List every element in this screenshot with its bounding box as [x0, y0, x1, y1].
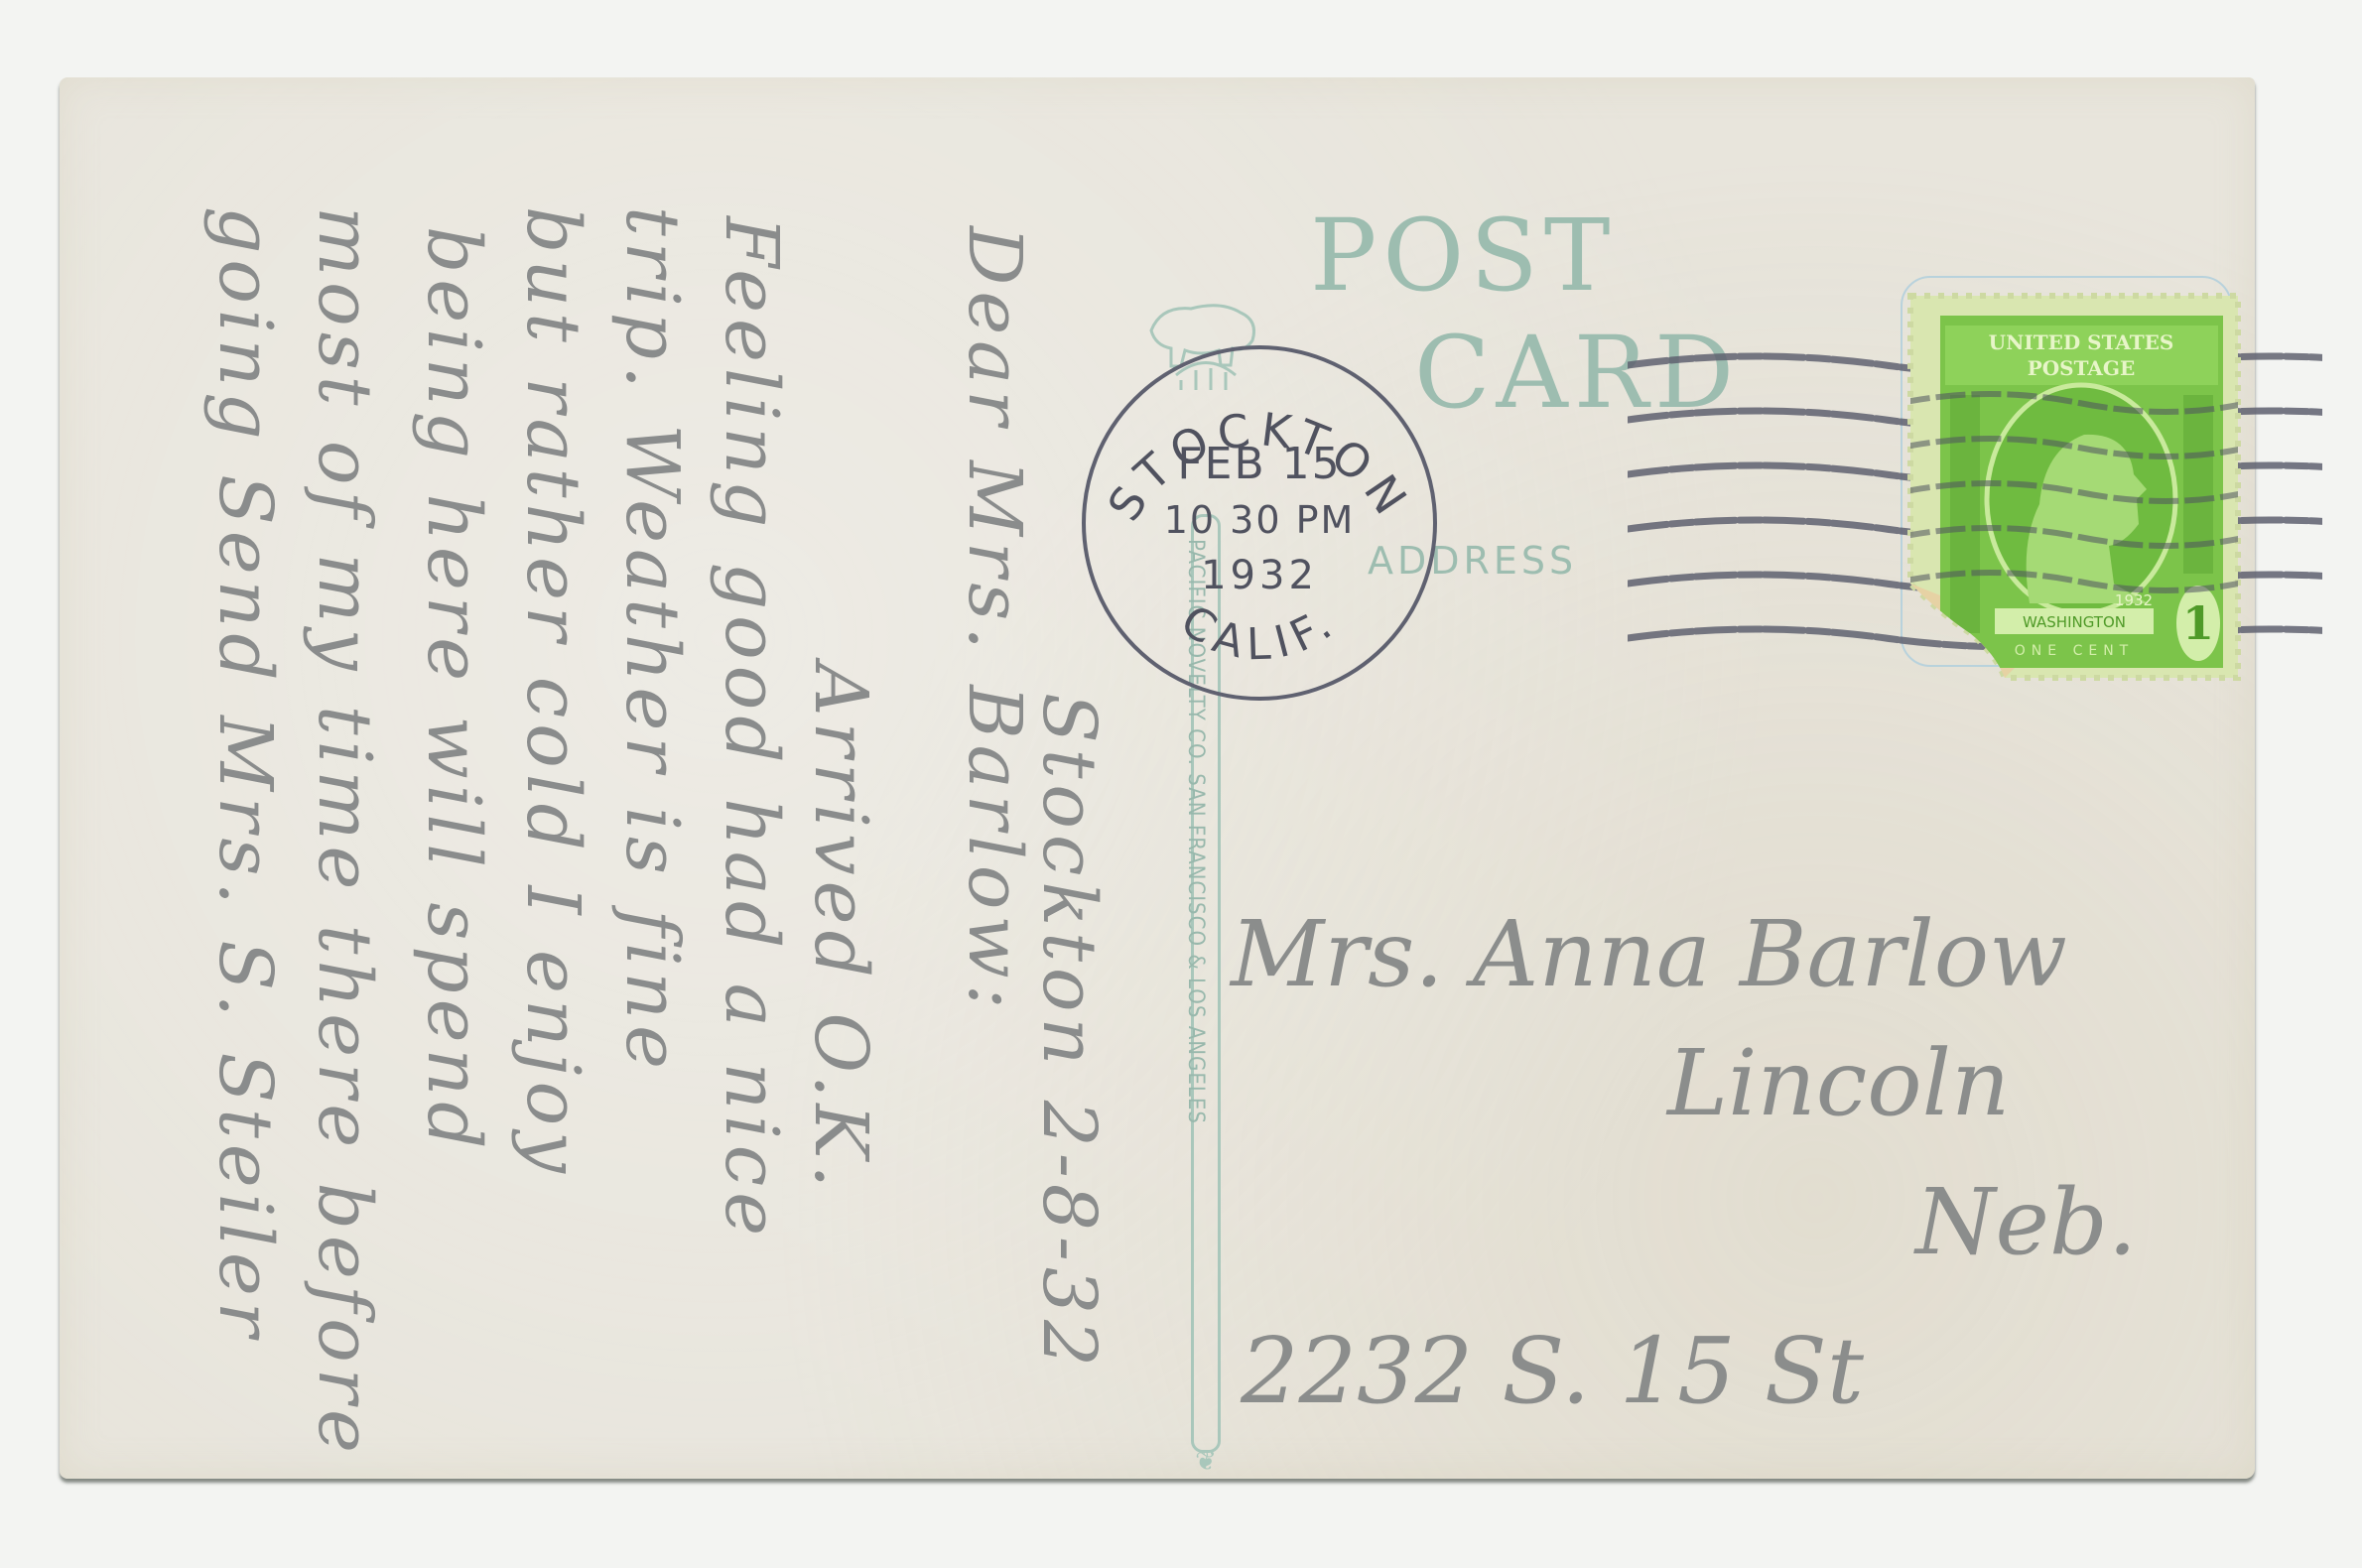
- postage-stamp: UNITED STATES POSTAGE WASHINGTON 1932 ON…: [1901, 286, 2248, 683]
- stamp-top-text-1: UNITED STATES: [1989, 330, 2174, 354]
- message-line: trip. Weather is fine: [609, 206, 695, 1075]
- stamp-top-text-2: POSTAGE: [2028, 356, 2136, 380]
- message-line: Feeling good had a nice: [709, 216, 794, 1241]
- stamp-denomination: 1: [2182, 596, 2214, 650]
- address-street: 2232 S. 15 St: [1241, 1318, 1864, 1424]
- message-line: Arrived O.K.: [798, 663, 883, 1194]
- postcard: PACIFIC NOVELTY CO. SAN FRANCISCO & LOS …: [60, 77, 2255, 1479]
- stamp-bottom-text: ONE CENT: [2015, 643, 2134, 659]
- address-state: Neb.: [1915, 1169, 2137, 1275]
- postmark-date: FEB 15: [1086, 439, 1433, 489]
- post-card-title-line1: POST: [1310, 206, 1616, 306]
- postmark: STOCKTON CALIF. FEB 15 10 30 PM 1932: [1082, 345, 1437, 701]
- ornament-icon: ❦: [1191, 1447, 1221, 1477]
- stamp-year-text: 1932: [2115, 591, 2153, 609]
- stamp-name-text: WASHINGTON: [2023, 613, 2126, 631]
- message-line: Dear Mrs. Barlow:: [952, 226, 1037, 1015]
- message-line: but rather cold I enjoy: [510, 206, 595, 1179]
- postmark-year: 1932: [1086, 553, 1433, 598]
- message-line: Stockton 2-8-32: [1026, 693, 1112, 1372]
- svg-text:CALIF.: CALIF.: [1172, 595, 1348, 670]
- postmark-state: CALIF.: [1172, 595, 1348, 670]
- postmark-time: 10 30 PM: [1086, 498, 1433, 542]
- message-line: being here will spend: [411, 226, 496, 1155]
- message-line: most of my time there before: [302, 206, 387, 1459]
- address-city: Lincoln: [1667, 1030, 2010, 1136]
- message-line: going Send Mrs. S. Steiler: [202, 206, 288, 1343]
- address-name: Mrs. Anna Barlow: [1231, 901, 2067, 1007]
